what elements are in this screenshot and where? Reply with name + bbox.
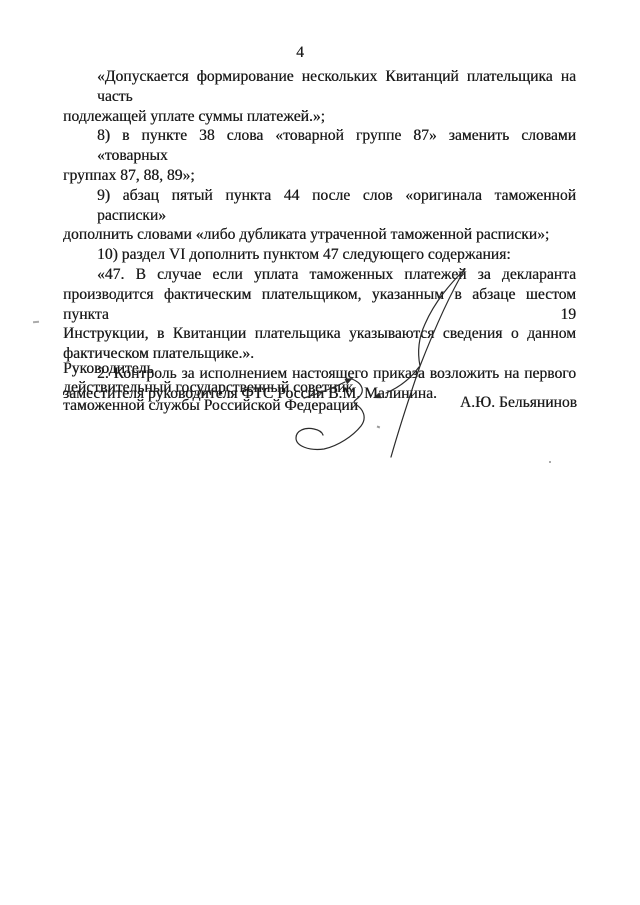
scan-artifact-dash [33,321,39,323]
text-line: подлежащей уплате суммы платежей.»; [63,107,576,127]
paragraph: «47. В случае если уплата таможенных пла… [63,265,576,364]
paragraph: «Допускается формирование нескольких Кви… [63,67,576,126]
text-line: производится фактическим плательщиком, у… [63,285,576,325]
paragraph: 10) раздел VI дополнить пунктом 47 следу… [63,245,576,265]
signature-title-line: Руководитель [63,360,423,379]
paragraph: 8) в пункте 38 слова «товарной группе 87… [63,126,576,185]
scan-artifact-dot [377,426,380,428]
text-line: Инструкции, в Квитанции плательщика указ… [63,324,576,344]
text-line: 10) раздел VI дополнить пунктом 47 следу… [63,245,576,265]
document-page: 4 «Допускается формирование нескольких К… [0,0,640,905]
text-line: 9) абзац пятый пункта 44 после слов «ори… [63,186,576,226]
text-line: «47. В случае если уплата таможенных пла… [63,265,576,285]
signature-title-line: действительный государственный советник [63,379,423,398]
paragraph: 9) абзац пятый пункта 44 после слов «ори… [63,186,576,245]
signer-name: А.Ю. Бельянинов [460,394,577,412]
text-line: 8) в пункте 38 слова «товарной группе 87… [63,126,576,166]
page-number: 4 [240,44,360,62]
text-line: «Допускается формирование нескольких Кви… [63,67,576,107]
text-line: группах 87, 88, 89»; [63,166,576,186]
document-body: «Допускается формирование нескольких Кви… [63,67,576,404]
signature-position-lines: Руководительдействительный государственн… [63,360,423,416]
signature-title-line: таможенной службы Российской Федерации [63,397,423,416]
scan-artifact-dot [549,461,551,463]
text-line: дополнить словами «либо дубликата утраче… [63,225,576,245]
